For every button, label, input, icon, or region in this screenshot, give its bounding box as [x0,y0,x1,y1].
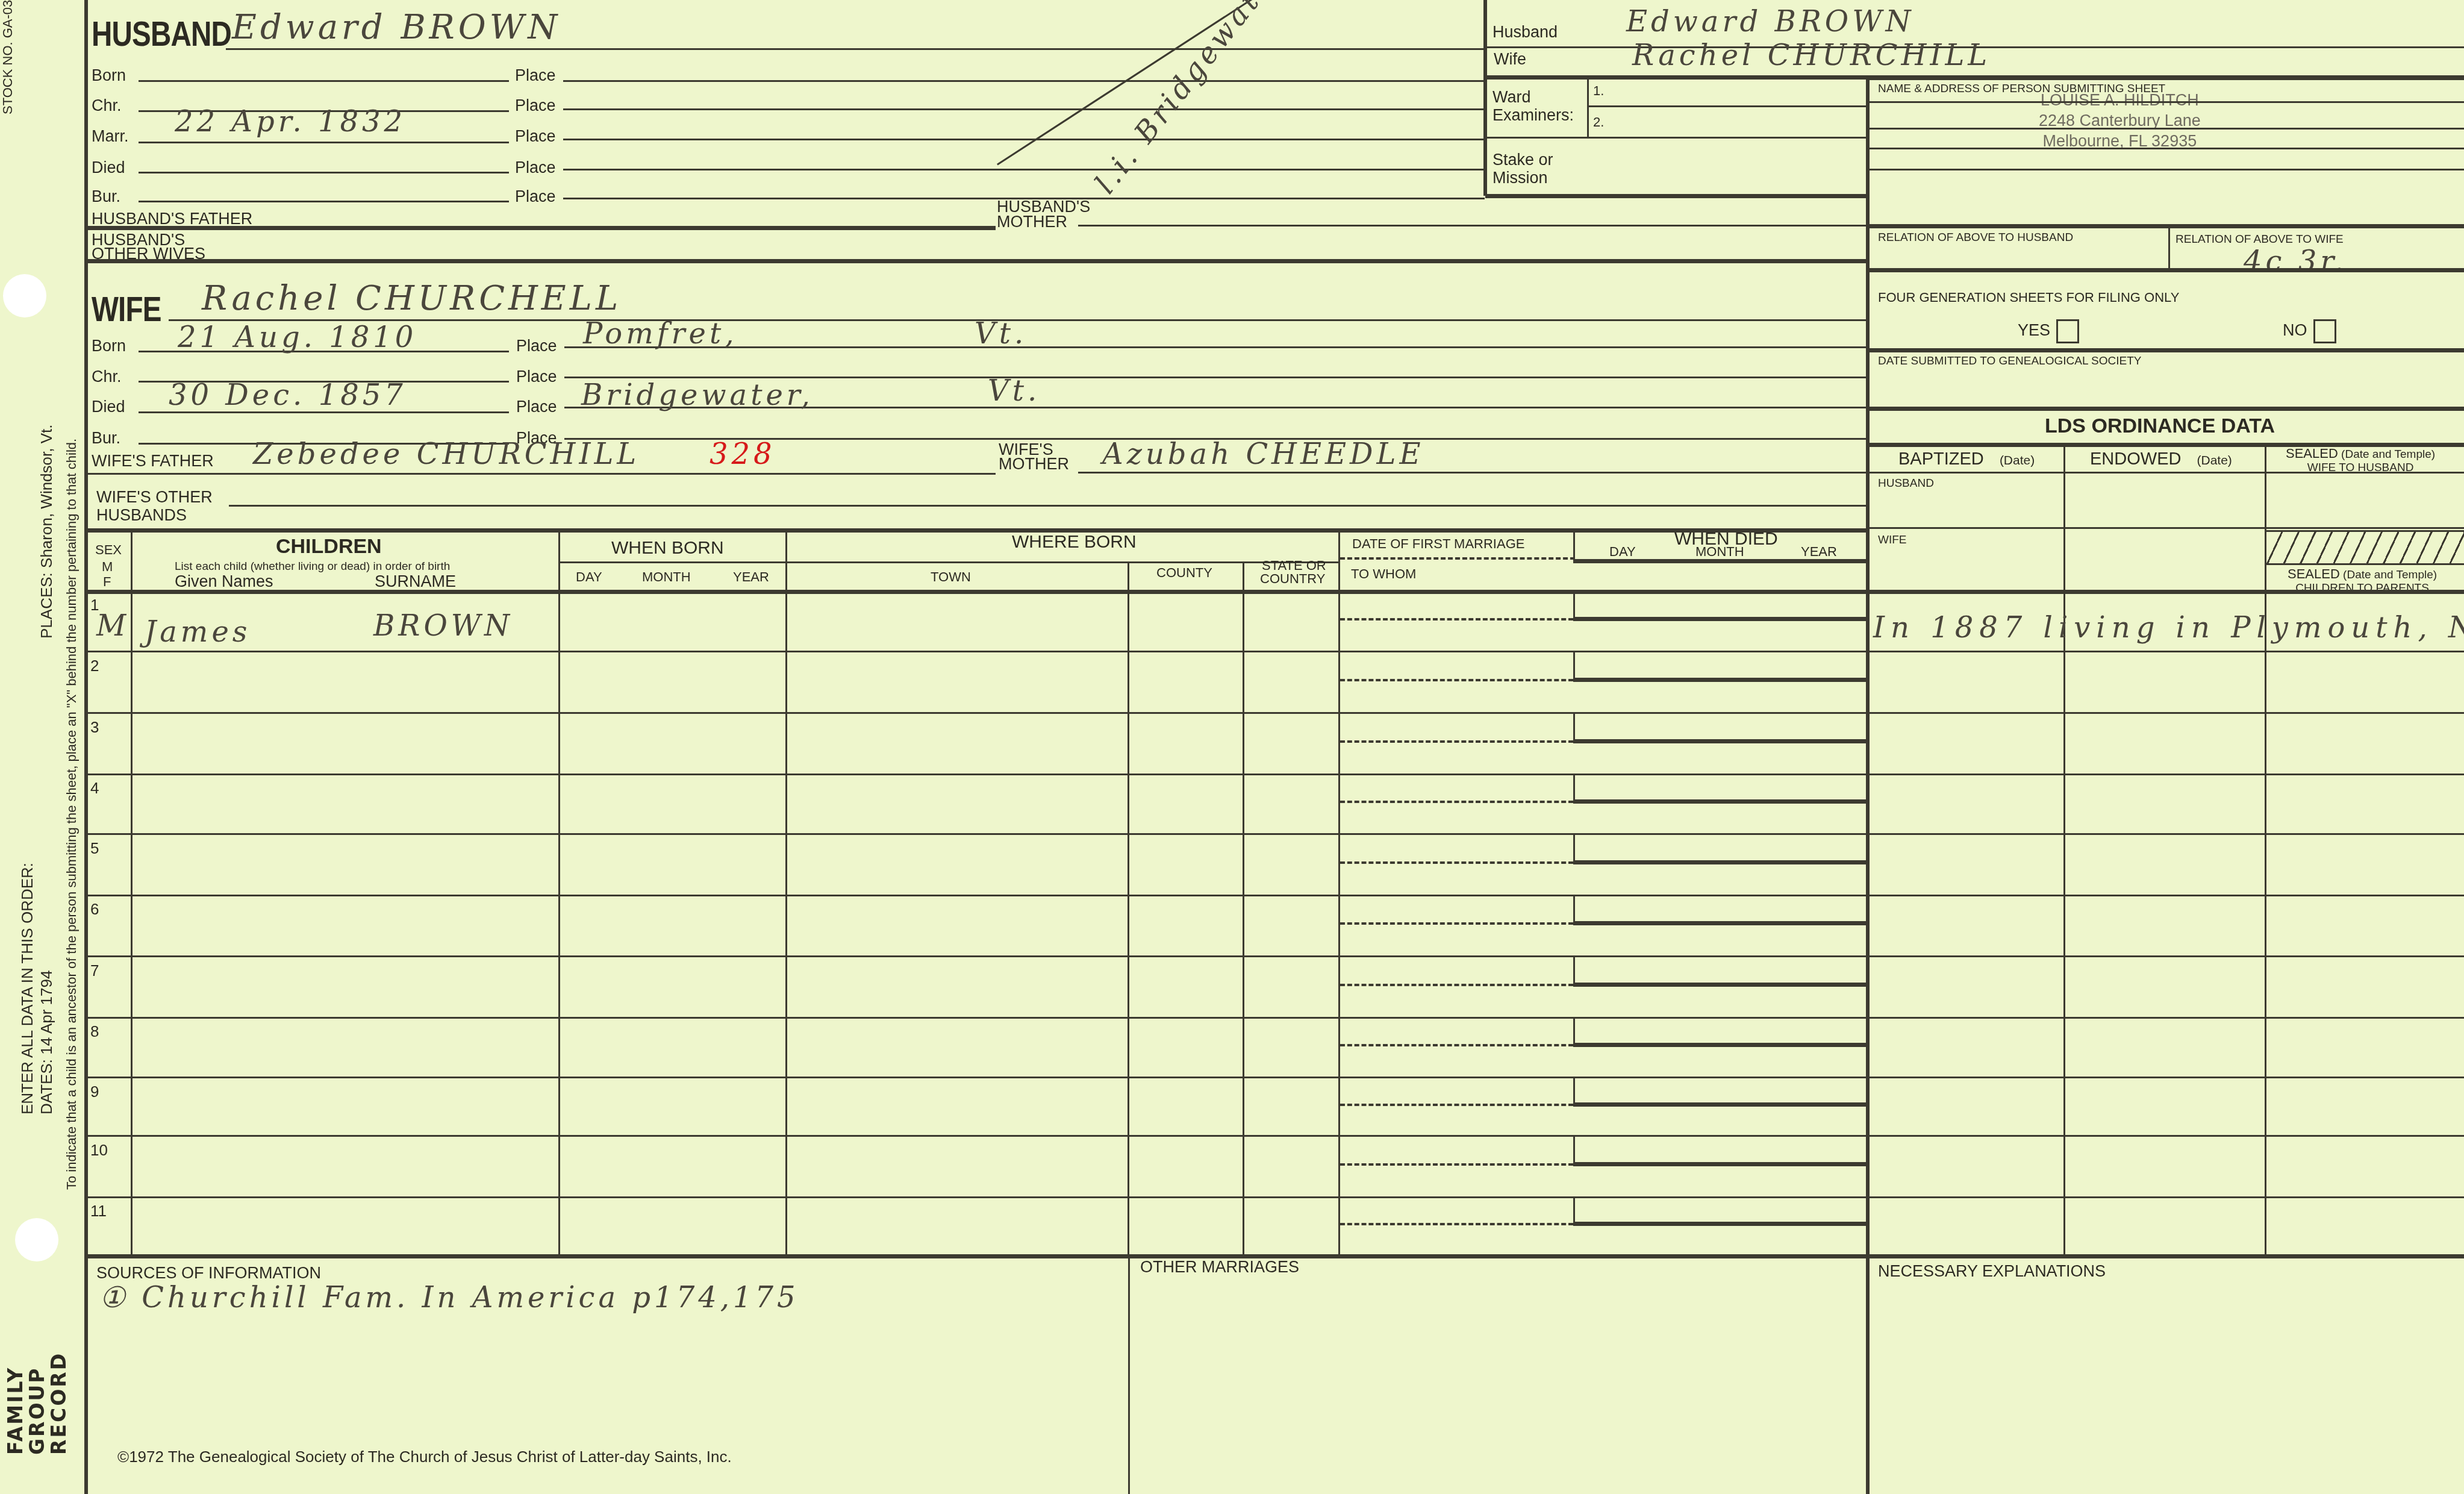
child-endowed-cell[interactable] [2065,1017,2264,1077]
relation-wife-label: RELATION OF ABOVE TO WIFE [2175,234,2344,245]
child-died-cell[interactable] [1575,895,1866,922]
child-county-cell[interactable] [1129,1017,1242,1077]
husband-bur-line[interactable] [139,201,509,202]
child-state-cell[interactable] [1244,834,1338,895]
col-marriage-header-divider [1573,530,1575,560]
husband-marr-place-label: Place [515,128,556,145]
child-name-cell[interactable] [133,1078,558,1135]
child-died-cell[interactable] [1575,1136,1866,1163]
wife-father-label: WIFE'S FATHER [92,453,214,469]
given-names-header: Given Names [175,574,273,590]
wife-died-state[interactable]: Vt. [988,377,1040,405]
child-baptized-cell[interactable] [1868,652,2062,712]
relation-husband-label: RELATION OF ABOVE TO HUSBAND [1878,232,2073,243]
child-when-born-cell[interactable] [560,591,785,651]
wife-died-label: Died [92,399,125,415]
sealed-children-note: (Date and Temple) [2343,569,2437,581]
examiner-1[interactable]: 1. [1593,84,1604,98]
sealed-wife-header: SEALED (Date and Temple) WIFE TO HUSBAND [2286,446,2435,475]
child-endowed-cell[interactable] [2065,895,2264,955]
child-county-cell[interactable] [1129,834,1242,895]
header-wife-label: Wife [1494,51,1526,67]
child-county-cell[interactable] [1129,1078,1242,1135]
wife-born-place-line[interactable] [564,346,1867,348]
died-year-header: YEAR [1801,545,1837,558]
when-born-header: WHEN BORN [611,539,724,557]
wife-born-place-label: Place [516,338,557,354]
child-sealed-cell[interactable] [2266,1078,2464,1135]
header-husband-label: Husband [1492,24,1558,40]
state-header-1: STATE OR [1262,559,1326,572]
child-state-cell[interactable] [1244,652,1338,712]
examiner-1-line [1588,105,1867,107]
child-marriage-cell[interactable] [1340,834,1572,895]
husband-marr-place-line[interactable] [563,139,1485,140]
child-died-cell[interactable] [1575,591,1866,618]
no-option[interactable]: NO [2283,319,2336,343]
child-row-number: 2 [90,657,99,675]
child-marriage-cell[interactable] [1340,895,1572,955]
husband-bur-place-label: Place [515,189,556,205]
child-name-cell[interactable] [133,1017,558,1077]
child-baptized-cell[interactable] [1868,1136,2062,1196]
surname-header: SURNAME [375,574,456,590]
child-1-given[interactable]: James [145,617,251,646]
wife-chr-place-label: Place [516,369,557,385]
wife-born-date[interactable]: 21 Aug. 1810 [178,323,417,352]
ordinance-wife-label: WIFE [1878,534,1907,546]
husband-born-label: Born [92,67,126,84]
bottom-divider-1 [1128,1256,1130,1494]
submitter-box-bottom [1867,224,2464,228]
child-when-born-cell[interactable] [560,895,785,955]
child-county-cell[interactable] [1129,652,1242,712]
born-day-header: DAY [576,570,602,584]
child-row-number: 11 [90,1202,107,1221]
child-county-cell[interactable] [1129,1197,1242,1254]
child-baptized-cell[interactable] [1868,895,2062,955]
header-box-bottom [1485,194,1867,198]
child-1-sex[interactable]: M [96,611,126,640]
child-state-cell[interactable] [1244,1136,1338,1196]
child-marriage-cell[interactable] [1340,591,1572,651]
form-title-line-2: GROUP [27,1352,48,1455]
child-when-born-cell[interactable] [560,834,785,895]
child-state-cell[interactable] [1244,895,1338,955]
child-marriage-cell[interactable] [1340,957,1572,1017]
four-gen-label: FOUR GENERATION SHEETS FOR FILING ONLY [1878,291,2179,304]
ward-label-2: Examiners: [1492,107,1574,123]
form-title-line-3: RECORD [48,1352,70,1455]
child-town-cell[interactable] [787,1078,1127,1135]
endowed-date-note: (Date) [2197,454,2232,467]
examiner-2-line [1485,137,1867,139]
children-note: List each child (whether living or dead)… [175,561,450,572]
child-marriage-cell[interactable] [1340,1197,1572,1254]
submitter-stamp-name: LOUISE A. HILDITCH [2039,90,2201,111]
child-county-cell[interactable] [1129,591,1242,651]
born-year-header: YEAR [733,570,769,584]
child-sealed-cell[interactable] [2266,713,2464,774]
copyright: ©1972 The Genealogical Society of The Ch… [117,1449,732,1464]
yes-option[interactable]: YES [2018,319,2079,343]
husband-born-place-label: Place [515,67,556,84]
child-baptized-cell[interactable] [1868,1197,2062,1254]
state-header-2: COUNTRY [1260,572,1325,586]
child-when-born-cell[interactable] [560,957,785,1017]
no-checkbox[interactable] [2313,319,2336,343]
sealed-label: SEALED [2286,446,2338,461]
submitter-line-1 [1867,101,2464,103]
child-state-cell[interactable] [1244,1017,1338,1077]
child-endowed-cell[interactable] [2065,1197,2264,1254]
child-sealed-cell[interactable] [2266,1017,2464,1077]
submitter-line-4 [1867,169,2464,170]
child-marriage-cell[interactable] [1340,652,1572,712]
child-baptized-cell[interactable] [1868,834,2062,895]
sex-f-header: F [103,575,111,589]
wife-mother[interactable]: Azubah CHEEDLE [1102,440,1424,469]
wife-died-place-label: Place [516,399,557,415]
husband-marr-line[interactable] [139,142,509,143]
child-sealed-cell[interactable] [2266,1136,2464,1196]
child-county-cell[interactable] [1129,713,1242,774]
stock-number: STOCK NO. GA-032 [1,0,14,114]
sealed-hatch-block [2266,530,2464,565]
county-header: COUNTY [1156,566,1212,580]
sex-header: SEX [95,543,122,557]
child-name-cell[interactable] [133,957,558,1017]
endowed-header: ENDOWED (Date) [2090,451,2232,468]
to-whom-header: TO WHOM [1351,567,1416,581]
husband-label: HUSBAND [92,17,231,52]
yes-checkbox[interactable] [2056,319,2079,343]
left-border [84,0,88,1494]
child-state-cell[interactable] [1244,957,1338,1017]
husband-father-line[interactable] [86,226,996,230]
wife-died-place[interactable]: Bridgewater, [581,381,814,410]
no-label: NO [2283,321,2307,339]
husband-chr-place-line[interactable] [563,108,1485,110]
child-when-born-cell[interactable] [560,1136,785,1196]
child-town-cell[interactable] [787,774,1127,833]
child-row-number: 5 [90,839,99,858]
child-endowed-cell[interactable] [2065,652,2264,712]
sources-value[interactable]: ① Churchill Fam. In America p174,175 [99,1283,799,1312]
explanations-label: NECESSARY EXPLANATIONS [1878,1263,2106,1280]
child-state-cell[interactable] [1244,591,1338,651]
husband-died-place-label: Place [515,160,556,176]
husband-died-label: Died [92,160,125,176]
child-died-cell[interactable] [1575,957,1866,984]
child-endowed-cell[interactable] [2065,774,2264,833]
child-died-cell[interactable] [1575,713,1866,740]
sex-m-header: M [102,560,113,574]
child-sealed-cell[interactable] [2266,895,2464,955]
husband-died-place-line[interactable] [563,169,1485,170]
child-when-born-cell[interactable] [560,1197,785,1254]
child-county-cell[interactable] [1129,957,1242,1017]
yes-label: YES [2018,321,2050,339]
wife-father-ref: 328 [710,440,776,469]
wife-father-line[interactable] [86,473,996,475]
wife-mother-line[interactable] [1078,472,1867,474]
child-row-number: 10 [90,1141,108,1160]
wife-other-husbands-label-1: WIFE'S OTHER [96,489,213,505]
ordinance-header-bottom [1867,472,2464,474]
ward-divider [1587,77,1589,138]
born-month-header: MONTH [642,570,691,584]
ordinance-husband-bottom [1867,527,2464,529]
child-endowed-cell[interactable] [2065,713,2264,774]
date-submitted-label: DATE SUBMITTED TO GENEALOGICAL SOCIETY [1878,355,2141,367]
wife-died-date[interactable]: 30 Dec. 1857 [169,381,407,410]
child-town-cell[interactable] [787,713,1127,774]
wife-mother-label-2: MOTHER [999,456,1069,472]
submitter-line-3 [1867,148,2464,149]
died-month-header: MONTH [1695,545,1744,558]
examiner-2[interactable]: 2. [1593,116,1604,129]
child-when-born-cell[interactable] [560,774,785,833]
header-box-left [1483,0,1487,196]
margin-ancestor-note: To indicate that a child is an ancestor … [65,439,78,1190]
form-title-line-1: FAMILY [5,1352,27,1455]
husband-name-line [226,48,1485,50]
child-row-number: 4 [90,779,99,798]
husband-died-line[interactable] [139,172,509,173]
child-state-cell[interactable] [1244,774,1338,833]
husband-father-label: HUSBAND'S FATHER [92,211,252,227]
child-died-cell[interactable] [1575,1197,1866,1223]
died-day-header: DAY [1609,545,1636,558]
binder-hole-bottom [15,1218,58,1261]
ward-label-1: Ward [1492,89,1531,105]
child-town-cell[interactable] [787,1197,1127,1254]
child-died-cell[interactable] [1575,1017,1866,1044]
wife-other-husbands-line[interactable] [229,505,1867,507]
child-town-cell[interactable] [787,591,1127,651]
header-husband-value[interactable]: Edward BROWN [1626,7,1915,36]
child-baptized-cell[interactable] [1868,713,2062,774]
husband-mother-label-2: MOTHER [997,214,1067,230]
first-marriage-header: DATE OF FIRST MARRIAGE [1352,537,1524,551]
wife-born-label: Born [92,338,126,354]
child-town-cell[interactable] [787,1017,1127,1077]
child-name-cell[interactable] [133,1197,558,1254]
wife-born-place[interactable]: Pomfret, [583,319,737,348]
husband-section-bottom [86,259,1869,263]
husband-born-place-line[interactable] [563,80,1485,82]
child-endowed-cell[interactable] [2065,957,2264,1017]
wife-born-state[interactable]: Vt. [975,319,1027,348]
child-when-born-cell[interactable] [560,1078,785,1135]
first-marriage-dash [1340,557,1575,560]
child-when-born-cell[interactable] [560,652,785,712]
margin-dates: DATES: 14 Apr 1794 [39,970,54,1114]
child-1-surname[interactable]: BROWN [373,611,513,640]
child-state-cell[interactable] [1244,713,1338,774]
binder-hole-top [3,274,46,317]
sealed-note: (Date and Temple) [2341,448,2435,461]
submitter-line-2 [1867,128,2464,130]
child-died-cell[interactable] [1575,834,1866,861]
child-row-number: 3 [90,718,99,737]
child-state-cell[interactable] [1244,1078,1338,1135]
child-when-born-cell[interactable] [560,1017,785,1077]
date-submitted-bottom [1867,407,2464,411]
right-column-top [1867,78,2464,80]
child-baptized-cell[interactable] [1868,1078,2062,1135]
wife-name[interactable]: Rachel CHURCHELL [202,282,622,316]
child-county-cell[interactable] [1129,774,1242,833]
child-name-cell[interactable] [133,652,558,712]
child-town-cell[interactable] [787,895,1127,955]
wife-other-husbands-label-2: HUSBANDS [96,507,187,524]
children-header: CHILDREN [276,536,382,557]
sealed-children-label: SEALED [2288,566,2340,581]
child-baptized-cell[interactable] [1868,957,2062,1017]
baptized-header: BAPTIZED (Date) [1898,451,2035,468]
child-sealed-cell[interactable] [2266,1197,2464,1254]
child-1-note: In 1887 living in Plymouth, N.H. [1873,613,2464,642]
baptized-date-note: (Date) [2000,454,2035,467]
wife-bur-label: Bur. [92,430,120,446]
town-header: TOWN [931,570,971,584]
child-county-cell[interactable] [1129,1136,1242,1196]
wife-label: WIFE [92,292,161,327]
ordinance-husband-label: HUSBAND [1878,478,1934,489]
form-title: FAMILY GROUP RECORD [5,1352,70,1455]
husband-chr-label: Chr. [92,98,122,114]
margin-places: PLACES: Sharon, Windsor, Vt. [39,425,54,639]
child-row-number: 8 [90,1022,99,1041]
child-name-cell[interactable] [133,834,558,895]
child-row-number: 6 [90,900,99,919]
child-marriage-cell[interactable] [1340,1078,1572,1135]
husband-marr-date[interactable]: 22 Apr. 1832 [175,107,406,136]
where-born-header: WHERE BORN [1012,533,1137,551]
wife-chr-label: Chr. [92,369,122,385]
child-died-cell[interactable] [1575,652,1866,679]
child-name-cell[interactable] [133,713,558,774]
ordinance-title: LDS ORDINANCE DATA [2045,416,2275,436]
child-row-number: 9 [90,1083,99,1101]
baptized-label: BAPTIZED [1898,449,1984,469]
child-sealed-cell[interactable] [2266,774,2464,833]
four-gen-bottom [1867,348,2464,352]
child-baptized-cell[interactable] [1868,774,2062,833]
child-marriage-cell[interactable] [1340,1136,1572,1196]
child-town-cell[interactable] [787,652,1127,712]
when-died-subline [1573,559,1867,563]
child-endowed-cell[interactable] [2065,1136,2264,1196]
child-endowed-cell[interactable] [2065,834,2264,895]
when-born-subline [560,561,1339,563]
stake-label-1: Stake or [1492,152,1553,168]
child-sealed-cell[interactable] [2266,652,2464,712]
child-name-cell[interactable] [133,895,558,955]
margin-enter-all: ENTER ALL DATA IN THIS ORDER: [19,863,35,1114]
endowed-label: ENDOWED [2090,449,2181,469]
child-name-cell[interactable] [133,774,558,833]
child-town-cell[interactable] [787,1136,1127,1196]
relation-divider [2168,226,2170,268]
child-state-cell[interactable] [1244,1197,1338,1254]
child-marriage-cell[interactable] [1340,713,1572,774]
husband-bur-label: Bur. [92,189,120,205]
children-table-top [86,528,1867,533]
child-marriage-cell[interactable] [1340,774,1572,833]
stake-label-2: Mission [1492,170,1548,186]
other-marriages-label: OTHER MARRIAGES [1140,1259,1299,1275]
child-died-cell[interactable] [1575,1078,1866,1104]
child-died-cell[interactable] [1575,774,1866,801]
child-town-cell[interactable] [787,834,1127,895]
child-row-number: 7 [90,961,99,980]
husband-name[interactable]: Edward BROWN [232,11,561,45]
child-endowed-cell[interactable] [2065,1078,2264,1135]
child-marriage-cell[interactable] [1340,1017,1572,1077]
relation-bottom [1867,268,2464,272]
sources-label: SOURCES OF INFORMATION [96,1265,321,1281]
child-sealed-cell[interactable] [2266,834,2464,895]
submitter-stamp: LOUISE A. HILDITCH 2248 Canterbury Lane … [2039,90,2201,151]
child-town-cell[interactable] [787,957,1127,1017]
wife-father[interactable]: Zebedee CHURCHILL [253,440,640,469]
child-when-born-cell[interactable] [560,713,785,774]
child-county-cell[interactable] [1129,895,1242,955]
husband-marr-label: Marr. [92,128,129,145]
header-wife-value[interactable]: Rachel CHURCHILL [1632,41,1991,70]
child-baptized-cell[interactable] [1868,1017,2062,1077]
husband-born-line[interactable] [139,80,509,82]
child-sealed-cell[interactable] [2266,957,2464,1017]
husband-chr-place-label: Place [515,98,556,114]
child-name-cell[interactable] [133,1136,558,1196]
